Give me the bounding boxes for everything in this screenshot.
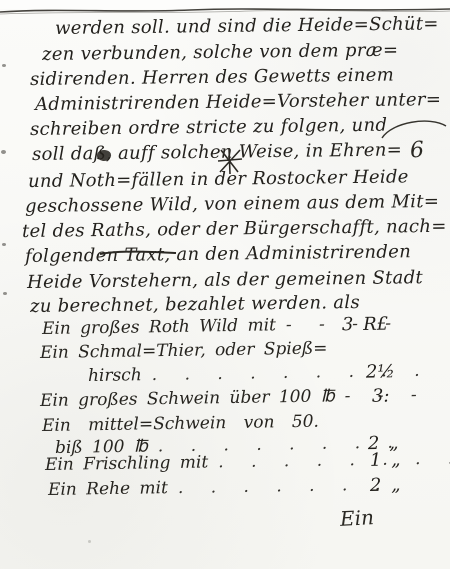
tariff-price: 2 „ <box>370 474 401 495</box>
manuscript-line: Administrirenden Heide=Vorsteher unter= <box>35 89 441 115</box>
tariff-row: Ein Schmal=Thier, oder Spieß= <box>40 338 328 363</box>
tariff-price: 2½ <box>366 361 395 382</box>
tariff-label: Ein Frischling mit <box>45 452 209 475</box>
manuscript-scan-page: werden soll. und sind die Heide=Schüt= z… <box>0 0 450 569</box>
manuscript-line: sidirenden. Herren des Gewetts einem <box>30 65 394 90</box>
tariff-row: hirsch. . . . . . . . .2½ <box>88 361 408 386</box>
manuscript-line: Heide Vorstehern, als der gemeinen Stadt <box>27 267 423 293</box>
tariff-label: Ein Schmal=Thier, oder Spieß= <box>40 338 328 363</box>
page-number: 6 <box>409 138 425 164</box>
tariff-price: 3 R£ <box>342 314 389 336</box>
scan-speck <box>3 292 7 295</box>
manuscript-line: zu berechnet, bezahlet werden. als <box>30 292 360 317</box>
scan-speck <box>2 64 6 67</box>
manuscript-line: tel des Raths, oder der Bürgerschafft, n… <box>22 216 447 242</box>
scribble-correction <box>216 146 244 176</box>
dotted-leader: . . . . . . . <box>178 475 390 498</box>
manuscript-line: werden soll. und sind die Heide=Schüt= <box>55 13 439 39</box>
tariff-label: Ein mittel=Schwein von 50. <box>42 412 319 436</box>
tariff-row: Ein großes Roth Wild mit- - - -3 R£ <box>42 313 402 339</box>
manuscript-line: geschossene Wild, von einem aus dem Mit= <box>25 191 439 217</box>
tariff-row: Ein Frischling mit. . . . . . . .1 „ <box>45 449 400 475</box>
tariff-row: Ein Rehe mit. . . . . . .2 „ <box>48 474 403 500</box>
manuscript-line: zen verbunden, solche von dem præ= <box>42 40 399 65</box>
scan-speck <box>1 150 6 154</box>
tariff-row: Ein großes Schwein über 100 ℔- - -3: <box>40 385 420 411</box>
tariff-row: Ein mittel=Schwein von 50. <box>42 412 319 436</box>
taxt-crossbar-flourish <box>98 248 178 258</box>
catchword: Ein <box>339 505 374 531</box>
tariff-price: 3: <box>372 386 390 407</box>
scan-speck <box>88 540 91 543</box>
manuscript-line: schreiben ordre stricte zu folgen, und <box>30 115 387 140</box>
tariff-label: Ein Rehe mit <box>48 478 168 500</box>
tariff-label: Ein großes Schwein über 100 ℔ <box>40 386 335 411</box>
tariff-price: 1 „ <box>370 449 401 470</box>
dotted-leader: . . . . . . . . <box>218 448 450 472</box>
scan-speck <box>2 243 6 246</box>
tariff-label: hirsch <box>88 365 142 386</box>
tariff-label: Ein großes Roth Wild mit <box>42 315 276 339</box>
manuscript-line: folgenden Taxt, an den Administrirenden <box>25 241 411 267</box>
